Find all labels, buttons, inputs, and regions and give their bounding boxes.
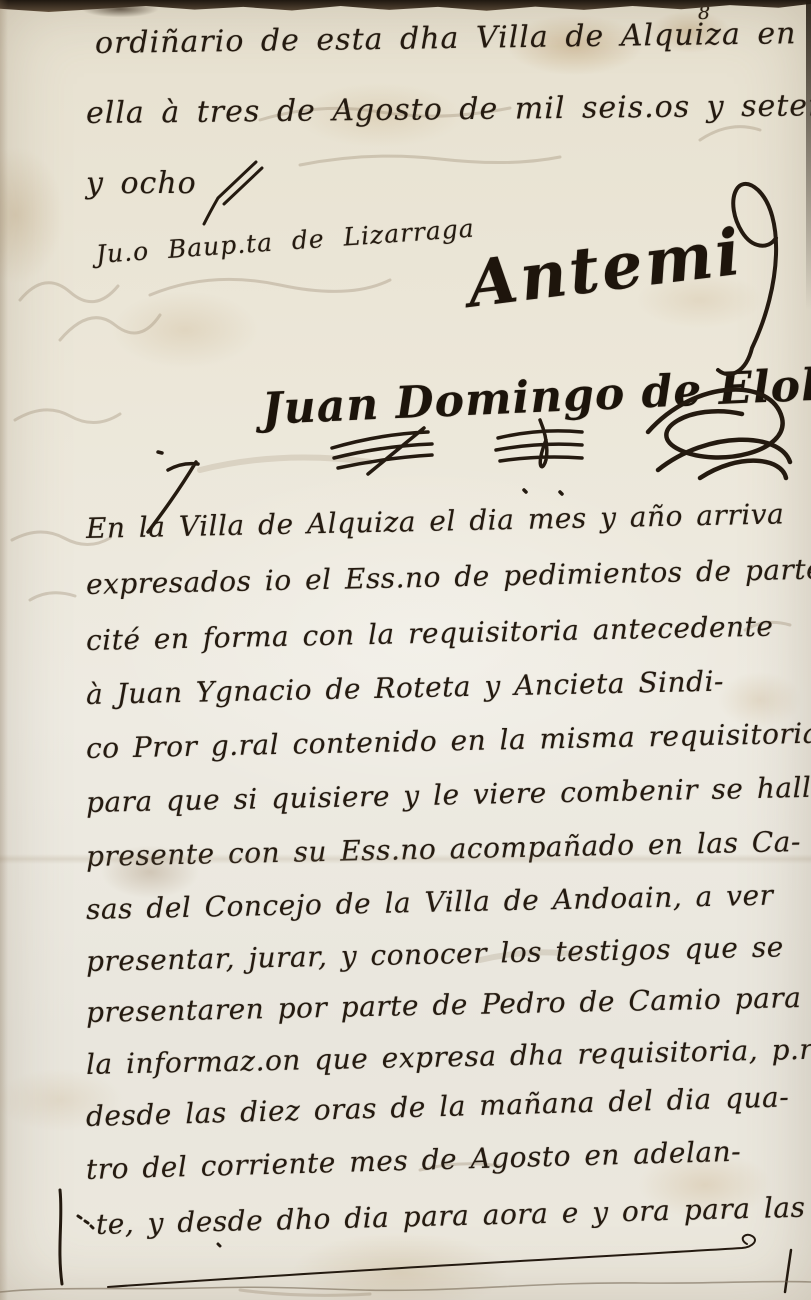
manuscript-line-opening-2: ella à tres de Agosto de mil seis.os y s…	[86, 88, 811, 131]
dark-right-edge	[806, 0, 811, 310]
manuscript-line-opening-3: y ocho	[86, 166, 197, 201]
left-edge-shadow	[0, 0, 8, 1300]
manuscript-scan: 8 ordiñario de esta dha Villa de Alquiza…	[0, 0, 811, 1300]
